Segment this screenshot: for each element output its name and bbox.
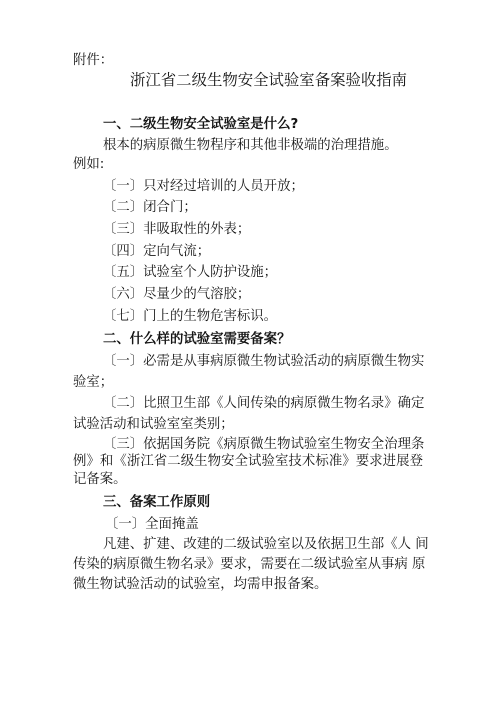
list-item: 〔三〕非吸取性的外表； <box>103 221 250 239</box>
section-heading: 三、备案工作原则 <box>103 494 210 512</box>
paragraph-line: 微生物试验活动的试验室，均需申报备案。 <box>73 576 327 594</box>
section-heading: 二、什么样的试验室需要备案？ <box>103 331 290 349</box>
list-item: 〔二〕闭合门； <box>103 199 197 217</box>
section-subheading: 〔一〕全面掩盖 <box>105 516 199 534</box>
list-item: 〔六〕尽量少的气溶胶； <box>103 286 250 304</box>
paragraph-line: 记备案。 <box>73 471 127 489</box>
paragraph-line: 〔二〕比照卫生部《人间传染的病原微生物名录》确定 <box>103 395 423 413</box>
paragraph-line: 试验活动和试验室室类别； <box>73 416 234 434</box>
attachment-label: 附件： <box>73 52 113 70</box>
document-title: 浙江省二级生物安全试验室备案验收指南 <box>130 70 393 90</box>
paragraph-line: 验室； <box>73 374 113 392</box>
list-item: 〔七〕门上的生物危害标识。 <box>103 308 277 326</box>
example-label: 例如: <box>73 156 104 174</box>
paragraph-line: 凡建、扩建、改建的二级试验室以及依据卫生部《人 间 <box>103 536 423 554</box>
paragraph-line: 〔一〕必需是从事病原微生物试验活动的病原微生物实 <box>103 353 423 371</box>
paragraph-line: 〔三〕依据国务院《病原微生物试验室生物安全治理条 <box>103 436 423 454</box>
section-intro: 根本的病原微生物程序和其他非极端的治理措施。 <box>103 137 398 155</box>
list-item: 〔四〕定向气流； <box>103 243 210 261</box>
list-item: 〔五〕试验室个人防护设施； <box>103 264 277 282</box>
list-item: 〔一〕只对经过培训的人员开放； <box>103 178 304 196</box>
paragraph-line: 例》和《浙江省二级生物安全试验室技术标准》要求进展登 <box>73 453 423 471</box>
paragraph-line: 传染的病原微生物名录》要求，需要在二级试验室从事病 原 <box>73 556 423 574</box>
section-heading: 一、二级生物安全试验室是什么? <box>103 116 298 134</box>
document-page: 附件： 浙江省二级生物安全试验室备案验收指南 一、二级生物安全试验室是什么? 根… <box>0 0 500 707</box>
